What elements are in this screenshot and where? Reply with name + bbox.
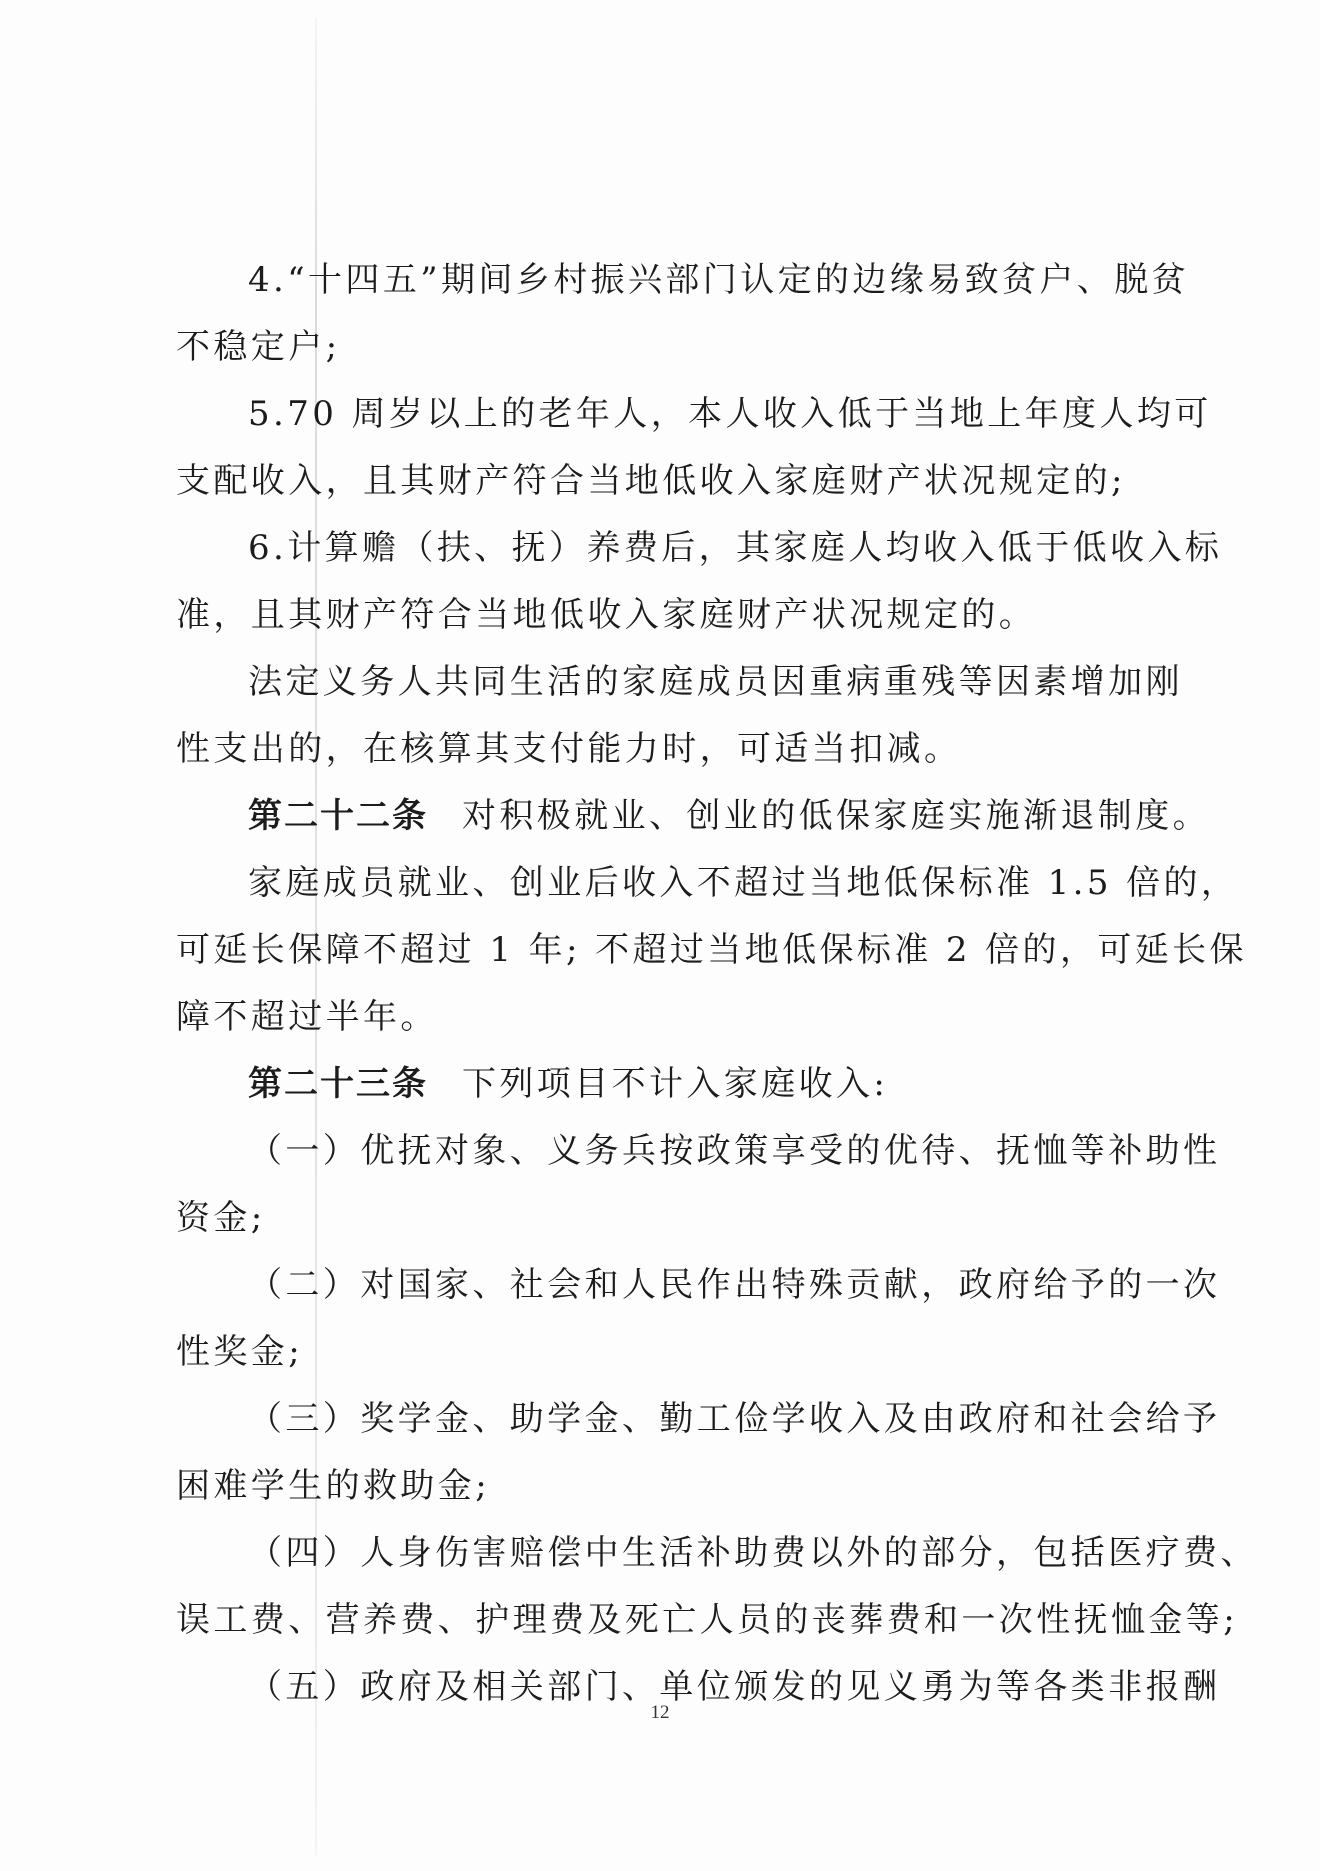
text-line: 4.“十四五”期间乡村振兴部门认定的边缘易致贫户、脱贫 — [176, 247, 1148, 314]
list-item-line: （二）对国家、社会和人民作出特殊贡献，政府给予的一次 — [176, 1252, 1148, 1319]
document-page: 4.“十四五”期间乡村振兴部门认定的边缘易致贫户、脱贫 不稳定户; 5.70 周… — [0, 0, 1320, 1871]
text-line: 6.计算赡（扶、抚）养费后，其家庭人均收入低于低收入标 — [176, 515, 1148, 582]
list-item-line: （一）优抚对象、义务兵按政策享受的优待、抚恤等补助性 — [176, 1118, 1148, 1185]
text-line: 障不超过半年。 — [176, 984, 1148, 1051]
list-item-line: （三）奖学金、助学金、勤工俭学收入及由政府和社会给予 — [176, 1386, 1148, 1453]
article-23-line: 第二十三条下列项目不计入家庭收入: — [176, 1051, 1148, 1118]
document-body: 4.“十四五”期间乡村振兴部门认定的边缘易致贫户、脱贫 不稳定户; 5.70 周… — [176, 247, 1148, 1721]
list-item-line: 性奖金; — [176, 1319, 1148, 1386]
article-heading: 第二十三条 — [248, 1064, 428, 1104]
list-item-line: 困难学生的救助金; — [176, 1453, 1148, 1520]
list-item-line: 资金; — [176, 1185, 1148, 1252]
text-line: 性支出的，在核算其支付能力时，可适当扣减。 — [176, 716, 1148, 783]
text-line: 5.70 周岁以上的老年人，本人收入低于当地上年度人均可 — [176, 381, 1148, 448]
text-line: 可延长保障不超过 1 年; 不超过当地低保标准 2 倍的，可延长保 — [176, 917, 1148, 984]
text-line: 不稳定户; — [176, 314, 1148, 381]
list-item-line: 误工费、营养费、护理费及死亡人员的丧葬费和一次性抚恤金等; — [176, 1587, 1148, 1654]
page-number: 12 — [0, 1702, 1320, 1724]
list-item-line: （四）人身伤害赔偿中生活补助费以外的部分，包括医疗费、 — [176, 1520, 1148, 1587]
article-heading: 第二十二条 — [248, 796, 428, 836]
text-line: 家庭成员就业、创业后收入不超过当地低保标准 1.5 倍的， — [176, 850, 1148, 917]
article-22-line: 第二十二条对积极就业、创业的低保家庭实施渐退制度。 — [176, 783, 1148, 850]
text-line: 法定义务人共同生活的家庭成员因重病重残等因素增加刚 — [176, 649, 1148, 716]
text-line: 支配收入，且其财产符合当地低收入家庭财产状况规定的; — [176, 448, 1148, 515]
text-line: 准，且其财产符合当地低收入家庭财产状况规定的。 — [176, 582, 1148, 649]
